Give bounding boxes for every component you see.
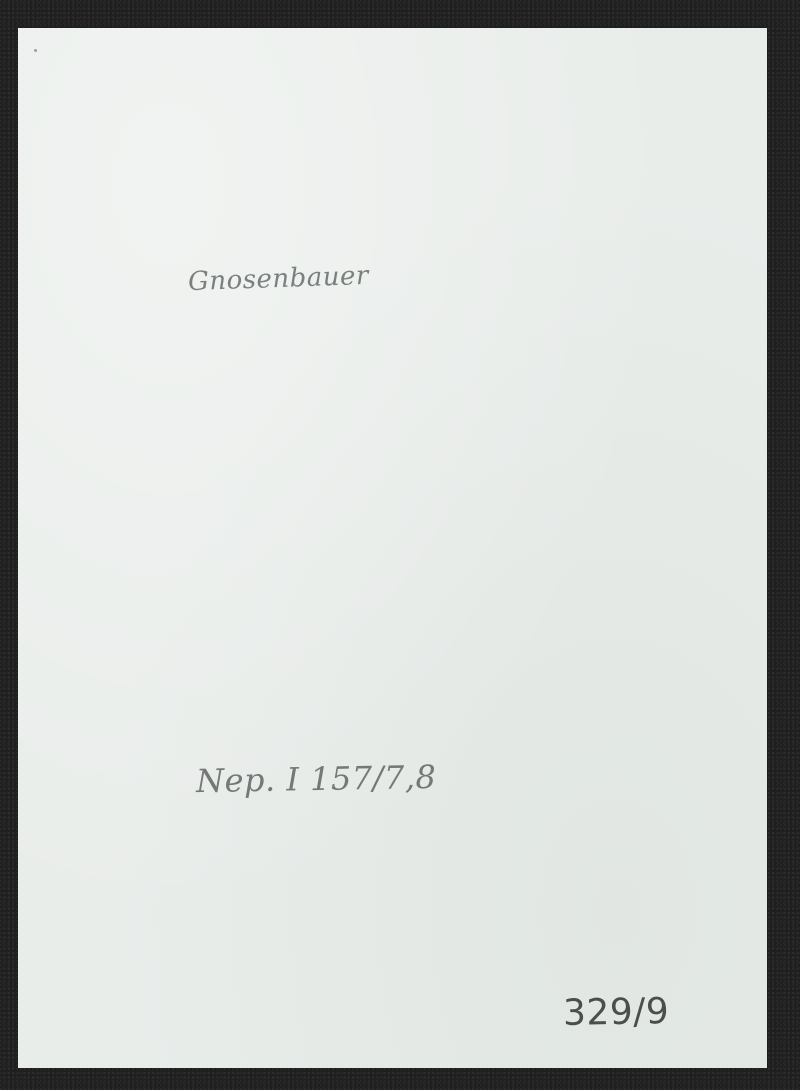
handwritten-name: Gnosenbauer <box>188 261 370 297</box>
handwritten-inventory-number: 329/9 <box>563 991 670 1034</box>
photo-back-paper: Gnosenbauer Nep. I 157/7,8 329/9 <box>18 28 767 1068</box>
handwritten-reference: Nep. I 157/7,8 <box>196 758 437 800</box>
paper-speck <box>34 49 37 52</box>
